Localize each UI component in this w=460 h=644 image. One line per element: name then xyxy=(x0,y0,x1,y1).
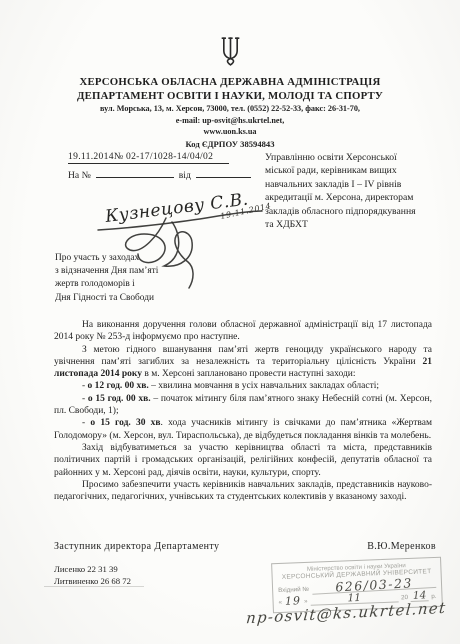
text-line: закладів обласного підпорядкування xyxy=(265,205,441,218)
ukraine-trident-emblem-icon xyxy=(220,36,241,67)
text-line: акредитації м. Херсона, директорам xyxy=(265,191,441,204)
reply-prefix-label: На № xyxy=(68,170,91,181)
reply-number-blank xyxy=(96,168,174,178)
body-paragraph: - о 15 год. 30 хв. хода учасників мітинг… xyxy=(54,417,432,442)
letter-body: На виконання доручення голови обласної д… xyxy=(54,319,432,503)
body-paragraph: З метою гідного вшанування пам’яті жертв… xyxy=(54,344,432,381)
reply-date-blank xyxy=(196,168,251,178)
contact-phones: Лисенко 22 31 39Литвиненко 26 68 72 xyxy=(54,564,131,587)
body-paragraph: - о 15 год. 00 хв. – початок мітингу біл… xyxy=(54,393,432,418)
org-email-line: e-mail: up-osvit@hs.ukrtel.net, xyxy=(0,116,460,127)
body-paragraph: Просимо забезпечити участь керівників на… xyxy=(54,479,432,504)
outgoing-date-number: 19.11.2014№ 02-17/1028-14/04/02 xyxy=(68,151,229,164)
text-line: з відзначення Дня пам’яті xyxy=(55,265,215,278)
handwritten-resolution-name: Кузнецову С.В. xyxy=(103,190,249,228)
signer-name: В.Ю.Меренков xyxy=(367,541,436,552)
scanned-letter-page: ХЕРСОНСЬКА ОБЛАСНА ДЕРЖАВНА АДМІНІСТРАЦІ… xyxy=(0,0,460,644)
body-paragraph: - о 12 год. 00 хв. – хвилина мовчання в … xyxy=(54,380,432,392)
body-paragraph: На виконання доручення голови обласної д… xyxy=(54,319,432,344)
stamp-quote-close: » xyxy=(304,598,308,606)
stamp-day-handwritten: 19 xyxy=(285,596,301,607)
scan-artifact-line xyxy=(44,586,144,587)
stamp-quote-open: « xyxy=(278,599,282,607)
signer-position: Заступник директора Департаменту xyxy=(54,541,219,552)
reply-infix-label: від xyxy=(179,170,191,181)
signature-row: Заступник директора Департаменту В.Ю.Мер… xyxy=(54,541,436,552)
text-line: міської ради, керівникам вищих xyxy=(265,164,441,177)
org-website-line: www.uon.ks.ua xyxy=(0,127,460,138)
text-line: Управлінню освіти Херсонської xyxy=(265,151,441,164)
text-line: Про участь у заходах xyxy=(55,252,215,265)
addressee-block: Управлінню освіти Херсонськоїміської рад… xyxy=(265,151,441,231)
org-address-line: вул. Морська, 13, м. Херсон, 73000, тел.… xyxy=(0,104,460,115)
reference-block: 19.11.2014№ 02-17/1028-14/04/02 На №від xyxy=(68,151,278,181)
text-line: та ХДБХТ xyxy=(265,218,441,231)
subject-block: Про участь у заходахз відзначення Дня па… xyxy=(55,252,215,305)
org-name-line1: ХЕРСОНСЬКА ОБЛАСНА ДЕРЖАВНА АДМІНІСТРАЦІ… xyxy=(0,76,460,89)
text-line: Лисенко 22 31 39 xyxy=(54,564,131,576)
body-paragraph: Захід відбуватиметься за участю керівниц… xyxy=(54,442,432,479)
letterhead: ХЕРСОНСЬКА ОБЛАСНА ДЕРЖАВНА АДМІНІСТРАЦІ… xyxy=(0,36,460,150)
org-edrpou-code: Код ЄДРПОУ 38594843 xyxy=(0,139,460,150)
org-name-line2: ДЕПАРТАМЕНТ ОСВІТИ І НАУКИ, МОЛОДІ ТА СП… xyxy=(0,90,460,103)
text-line: Дня Гідності та Свободи xyxy=(55,292,215,305)
text-line: навчальних закладів І – ІV рівнів xyxy=(265,178,441,191)
reply-reference-line: На №від xyxy=(68,168,278,181)
text-line: жертв голодоморів і xyxy=(55,278,215,291)
